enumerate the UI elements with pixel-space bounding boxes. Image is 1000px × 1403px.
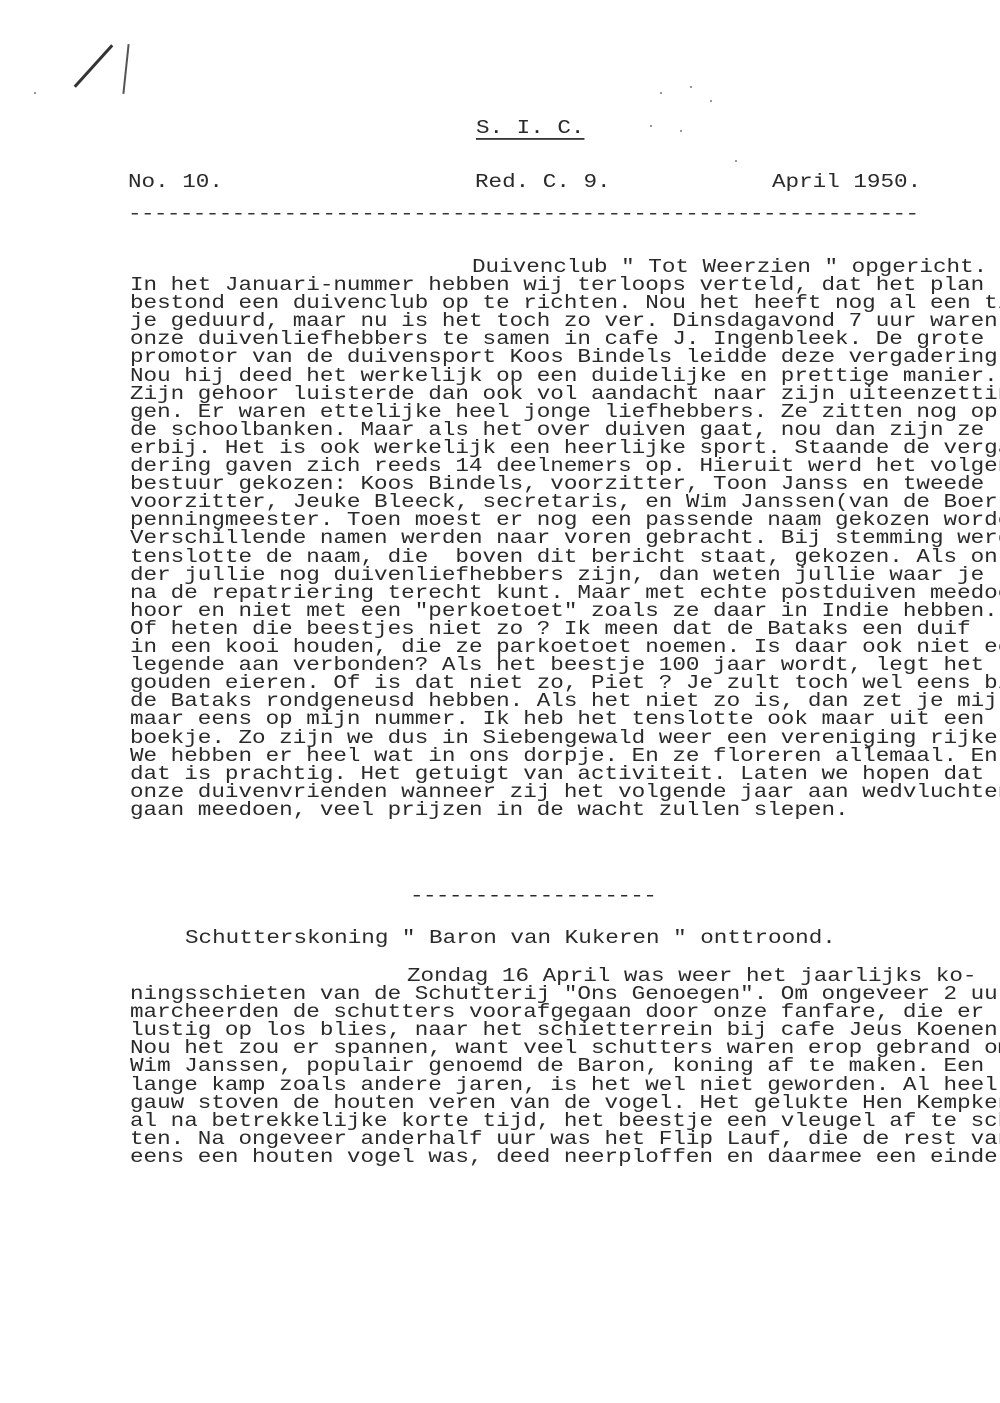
body-text-line: voorzitter, Jeuke Bleeck, secretaris, en…	[130, 494, 1000, 509]
body-text-line: Verschillende namen werden naar voren ge…	[130, 530, 1000, 545]
issue-number: No. 10.	[128, 174, 223, 189]
issue-date: April 1950.	[772, 174, 921, 189]
body-text-line: gen. Er waren ettelijke heel jonge liefh…	[130, 404, 998, 419]
scan-speck	[680, 130, 682, 132]
scan-speck	[660, 92, 662, 94]
body-text-line: We hebben er heel wat in ons dorpje. En …	[130, 748, 998, 763]
newsletter-title: S. I. C.	[476, 120, 584, 135]
header-divider: ----------------------------------------…	[128, 206, 918, 221]
body-text-line: dering gaven zich reeds 14 deelnemers op…	[130, 458, 1000, 473]
body-text-line: bestuur gekozen: Koos Bindels, voorzitte…	[130, 476, 984, 491]
body-text-line: legende aan verbonden? Als het beestje 1…	[130, 657, 984, 672]
scan-speck	[650, 125, 652, 127]
handwritten-slash-mark	[74, 44, 114, 88]
body-text-line: der jullie nog duivenliefhebbers zijn, d…	[130, 567, 984, 582]
body-text-line: eens een houten vogel was, deed neerplof…	[130, 1149, 998, 1164]
body-text-line: ningsschieten van de Schutterij "Ons Gen…	[130, 986, 1000, 1001]
body-text-line: ten. Na ongeveer anderhalf uur was het F…	[130, 1131, 1000, 1146]
body-text-line: tenslotte de naam, die boven dit bericht…	[130, 549, 1000, 564]
body-text-line: gauw stoven de houten veren van de vogel…	[130, 1095, 1000, 1110]
body-text-line: al na betrekkelijke korte tijd, het bees…	[130, 1113, 1000, 1128]
body-text-line: Zijn gehoor luisterde dan ook vol aandac…	[130, 386, 1000, 401]
body-text-line: promotor van de duivensport Koos Bindels…	[130, 349, 1000, 364]
body-text-line: Nou hij deed het werkelijk op een duidel…	[130, 368, 998, 383]
body-text-line: hoor en niet met een "perkoetoet" zoals …	[130, 603, 998, 618]
body-text-line: In het Januari-nummer hebben wij terloop…	[130, 277, 984, 292]
body-text-line: gaan meedoen, veel prijzen in de wacht z…	[130, 802, 849, 817]
body-text-line: gouden eieren. Of is dat niet zo, Piet ?…	[130, 675, 1000, 690]
body-text-line: je geduurd, maar nu is het toch zo ver. …	[130, 313, 998, 328]
body-text-line: Nou het zou er spannen, want veel schutt…	[130, 1040, 1000, 1055]
body-text-line: penningmeester. Toen moest er nog een pa…	[130, 512, 1000, 527]
body-text-line: erbij. Het is ook werkelijk een heerlijk…	[130, 440, 1000, 455]
body-text-line: in een kooi houden, die ze parkoetoet no…	[130, 639, 1000, 654]
body-text-line: maar eens op mijn nummer. Ik heb het ten…	[130, 711, 984, 726]
scan-speck	[710, 100, 712, 102]
body-text-line: de Bataks rondgeneusd hebben. Als het ni…	[130, 693, 998, 708]
body-text-line: marcheerden de schutters voorafgegaan do…	[130, 1004, 984, 1019]
body-text-line: dat is prachtig. Het getuigt van activit…	[130, 766, 984, 781]
body-text-line: na de repatriering terecht kunt. Maar me…	[130, 585, 1000, 600]
article-1-title: Duivenclub " Tot Weerzien " opgericht.	[472, 259, 987, 274]
handwritten-tick-mark	[122, 44, 129, 94]
article-2-title: Schutterskoning " Baron van Kukeren " on…	[185, 930, 836, 945]
body-text-line: Of heten die beestjes niet zo ? Ik meen …	[130, 621, 971, 636]
body-text-line: lange kamp zoals andere jaren, is het we…	[130, 1077, 998, 1092]
body-text-line: bestond een duivenclub op te richten. No…	[130, 295, 1000, 310]
scan-speck	[690, 86, 692, 88]
typewritten-newsletter-page: S. I. C. No. 10. Red. C. 9. April 1950. …	[0, 0, 1000, 1403]
body-text-line: onze duivenliefhebbers te samen in cafe …	[130, 331, 984, 346]
scan-speck	[34, 92, 36, 94]
body-text-line: de schoolbanken. Maar als het over duive…	[130, 422, 984, 437]
article-2-first-line: Zondag 16 April was weer het jaarlijks k…	[407, 968, 976, 983]
body-text-line: lustig op los blies, naar het schietterr…	[130, 1022, 1000, 1037]
section-divider: -------------------	[410, 888, 656, 903]
editor-code: Red. C. 9.	[475, 174, 611, 189]
body-text-line: boekje. Zo zijn we dus in Siebengewald w…	[130, 730, 1000, 745]
body-text-line: onze duivenvrienden wanneer zij het volg…	[130, 784, 1000, 799]
body-text-line: Wim Janssen, populair genoemd de Baron, …	[130, 1058, 984, 1073]
scan-speck	[735, 160, 737, 162]
